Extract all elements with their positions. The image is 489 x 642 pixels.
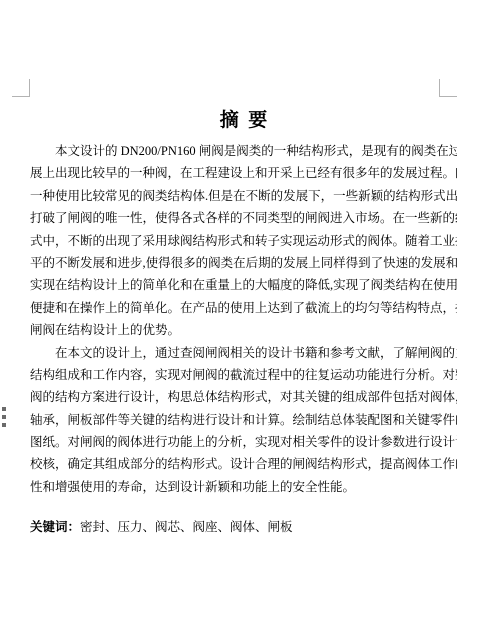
abstract-line: 便捷和在操作上的简单化。在产品的使用上达到了截流上的均匀等结构特点，提高了 (30, 297, 457, 319)
abstract-line: 展上出现比较早的一种阀，在工程建设上和开采上已经有很多年的发展过程。闸阀是 (30, 162, 457, 184)
keywords-label: 关键词： (30, 520, 80, 534)
abstract-line: 本文设计的 DN200/PN160 闸阀是阀类的一种结构形式，是现有的阀类在过去… (30, 140, 457, 162)
crop-mark-top-left (12, 79, 30, 97)
abstract-line: 阀的结构方案进行设计，构思总体结构形式，对其关键的组成部件包括对阀体，阀杆， (30, 386, 457, 408)
abstract-line: 结构组成和工作内容，实现对闸阀的截流过程中的往复运动功能进行分析。对整个闸 (30, 364, 457, 386)
edge-artifact-dots (2, 407, 6, 431)
abstract-line: 在本文的设计上，通过查阅闸阀相关的设计书籍和参考文献，了解闸阀的主要的 (30, 342, 457, 364)
abstract-line: 平的不断发展和进步,使得很多的阀类在后期的发展上同样得到了快速的发展和改善， (30, 252, 457, 274)
abstract-line: 图纸。对闸阀的阀体进行功能上的分析，实现对相关零件的设计参数进行设计计算机 (30, 431, 457, 453)
keywords-value: 密封、压力、阀芯、阀座、阀体、闸板 (80, 520, 293, 534)
abstract-line: 轴承，闸板部件等关键的结构进行设计和计算。绘制结总体装配图和关键零件的二维 (30, 409, 457, 431)
abstract-line: 打破了闸阀的唯一性，使得各式各样的不同类型的闸阀进入市场。在一些新的结构形 (30, 207, 457, 229)
abstract-line: 校核，确定其组成部分的结构形式。设计合理的闸阀结构形式，提高阀体工作的可靠 (30, 453, 457, 475)
keywords-row: 关键词：密封、压力、阀芯、阀座、阀体、闸板 (30, 519, 457, 535)
abstract-title: 摘 要 (30, 105, 457, 132)
edge-dot (2, 423, 6, 427)
crop-mark-top-right (439, 79, 457, 97)
document-page: 摘 要 本文设计的 DN200/PN160 闸阀是阀类的一种结构形式，是现有的阀… (0, 0, 489, 642)
edge-dot (2, 407, 6, 411)
edge-dot (2, 415, 6, 419)
abstract-body: 本文设计的 DN200/PN160 闸阀是阀类的一种结构形式，是现有的阀类在过去… (30, 140, 457, 535)
abstract-line: 式中，不断的出现了采用球阀结构形式和转子实现运动形式的阀体。随着工业技术水 (30, 230, 457, 252)
abstract-line: 实现在结构设计上的简单化和在重量上的大幅度的降低,实现了阀类结构在使用上的 (30, 274, 457, 296)
abstract-line: 闸阀在结构设计上的优势。 (30, 319, 457, 341)
abstract-line: 一种使用比较常见的阀类结构体.但是在不断的发展下，一些新颖的结构形式出现后， (30, 185, 457, 207)
abstract-line: 性和增强使用的寿命，达到设计新颖和功能上的安全性能。 (30, 476, 457, 498)
